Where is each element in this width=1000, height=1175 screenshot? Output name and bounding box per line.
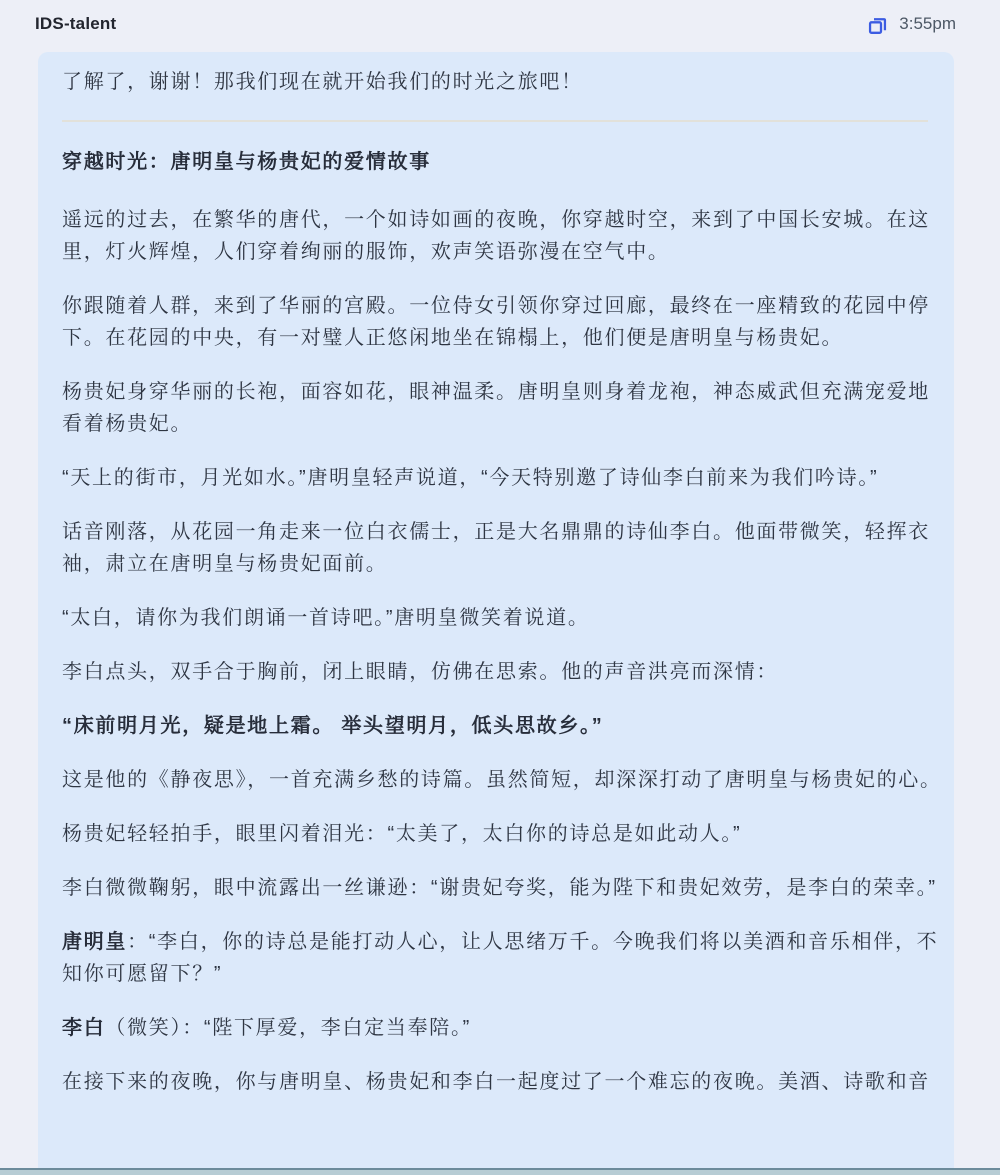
divider: [62, 120, 928, 122]
paragraph: 李白（微笑）：“陛下厚爱，李白定当奉陪。”: [62, 1012, 942, 1044]
paragraph: 你跟随着人群，来到了华丽的宫殿。一位侍女引领你穿过回廊，最终在一座精致的花园中停…: [62, 290, 942, 354]
paragraph: 唐明皇：“李白，你的诗总是能打动人心，让人思绪万千。今晚我们将以美酒和音乐相伴，…: [62, 926, 942, 990]
paragraph: “床前明月光，疑是地上霜。 举头望明月，低头思故乡。”: [62, 710, 942, 742]
paragraph: 这是他的《静夜思》，一首充满乡愁的诗篇。虽然简短，却深深打动了唐明皇与杨贵妃的心…: [62, 764, 942, 796]
paragraph: 李白点头，双手合于胸前，闭上眼睛，仿佛在思索。他的声音洪亮而深情：: [62, 656, 942, 688]
paragraph: “天上的街市，月光如水。”唐明皇轻声说道，“今天特别邀了诗仙李白前来为我们吟诗。…: [62, 462, 942, 494]
copy-icon: [867, 14, 888, 35]
paragraph: “太白，请你为我们朗诵一首诗吧。”唐明皇微笑着说道。: [62, 602, 942, 634]
timestamp: 3:55pm: [899, 14, 956, 34]
paragraph: 在接下来的夜晚，你与唐明皇、杨贵妃和李白一起度过了一个难忘的夜晚。美酒、诗歌和音: [62, 1066, 942, 1098]
paragraph: 李白微微鞠躬，眼中流露出一丝谦逊：“谢贵妃夸奖，能为陛下和贵妃效劳，是李白的荣幸…: [62, 872, 942, 904]
paragraph: 了解了，谢谢！那我们现在就开始我们的时光之旅吧！: [62, 66, 942, 98]
story-heading: 穿越时光：唐明皇与杨贵妃的爱情故事: [62, 146, 942, 178]
message-body: 了解了，谢谢！那我们现在就开始我们的时光之旅吧！穿越时光：唐明皇与杨贵妃的爱情故…: [62, 66, 942, 1098]
paragraph: 杨贵妃轻轻拍手，眼里闪着泪光：“太美了，太白你的诗总是如此动人。”: [62, 818, 942, 850]
paragraph: 话音刚落，从花园一角走来一位白衣儒士，正是大名鼎鼎的诗仙李白。他面带微笑，轻挥衣…: [62, 516, 942, 580]
conversation-title: IDS-talent: [35, 14, 116, 34]
window-bottom-edge: [0, 1168, 1000, 1175]
paragraph: 杨贵妃身穿华丽的长袍，面容如花，眼神温柔。唐明皇则身着龙袍，神态威武但充满宠爱地…: [62, 376, 942, 440]
top-bar: IDS-talent 3:55pm: [0, 0, 1000, 52]
copy-button[interactable]: [865, 12, 889, 36]
paragraph: 遥远的过去，在繁华的唐代，一个如诗如画的夜晚，你穿越时空，来到了中国长安城。在这…: [62, 204, 942, 268]
message-card: 了解了，谢谢！那我们现在就开始我们的时光之旅吧！穿越时光：唐明皇与杨贵妃的爱情故…: [38, 52, 954, 1175]
top-bar-right: 3:55pm: [865, 12, 956, 36]
